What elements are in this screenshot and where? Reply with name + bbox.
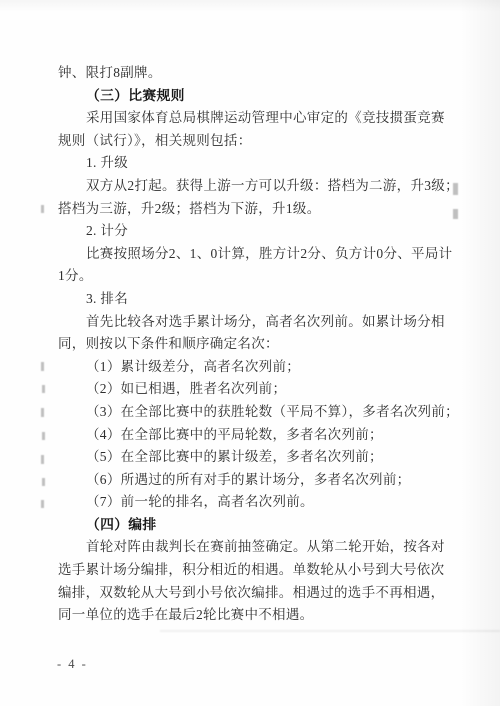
paragraph-line: 采用国家体育总局棋牌运动管理中心审定的《竞技掼蛋竞赛 xyxy=(58,107,458,130)
section-heading: （三）比赛规则 xyxy=(58,85,458,108)
scan-artifact xyxy=(41,205,44,213)
paragraph-line: 同一单位的选手在最后2轮比赛中不相遇。 xyxy=(58,604,458,627)
scan-artifact xyxy=(42,478,45,486)
scan-artifact xyxy=(41,500,44,508)
paragraph-line: 首先比较各对选手累计场分，高者名次列前。如累计场分相 xyxy=(58,311,458,334)
scan-artifact xyxy=(42,432,45,440)
scan-artifact xyxy=(453,209,458,219)
paragraph-line: 同，则按以下条件和顺序确定名次： xyxy=(58,333,458,356)
scan-artifact xyxy=(41,455,44,464)
paragraph-line: 规则（试行）》，相关规则包括： xyxy=(58,130,458,153)
list-item-line: （7）前一轮的排名，高者名次列前。 xyxy=(58,491,458,514)
paragraph-line: 搭档为三游，升2级；搭档为下游，升1级。 xyxy=(58,198,458,221)
list-item-line: （2）如已相遇，胜者名次列前； xyxy=(58,378,458,401)
scan-artifact xyxy=(42,385,45,393)
section-heading: （四）编排 xyxy=(58,514,458,537)
paragraph-line: 1分。 xyxy=(58,265,458,288)
numbered-subheading: 3. 排名 xyxy=(58,288,458,311)
paragraph-line: 双方从2打起。获得上游一方可以升级：搭档为二游，升3级； xyxy=(58,175,458,198)
document-body: 钟、限打8副牌。 （三）比赛规则 采用国家体育总局棋牌运动管理中心审定的《竞技掼… xyxy=(58,62,458,627)
paragraph-line: 首轮对阵由裁判长在赛前抽签确定。从第二轮开始，按各对 xyxy=(58,536,458,559)
document-page: 钟、限打8副牌。 （三）比赛规则 采用国家体育总局棋牌运动管理中心审定的《竞技掼… xyxy=(0,0,500,706)
list-item-line: （3）在全部比赛中的获胜轮数（平局不算），多者名次列前； xyxy=(58,401,458,424)
numbered-subheading: 2. 计分 xyxy=(58,220,458,243)
numbered-subheading: 1. 升级 xyxy=(58,152,458,175)
paragraph-line: 钟、限打8副牌。 xyxy=(58,62,458,85)
list-item-line: （4）在全部比赛中的平局轮数，多者名次列前； xyxy=(58,424,458,447)
paragraph-line: 比赛按照场分2、1、0计算，胜方计2分、负方计0分、平局计 xyxy=(58,243,458,266)
list-item-line: （1）累计级差分，高者名次列前； xyxy=(58,356,458,379)
scan-artifact xyxy=(160,630,500,632)
scan-artifact xyxy=(41,408,44,417)
paragraph-line: 选手累计场分编排，积分相近的相遇。单数轮从小号到大号依次 xyxy=(58,559,458,582)
paragraph-line: 编排，双数轮从大号到小号依次编排。相遇过的选手不再相遇， xyxy=(58,582,458,605)
list-item-line: （6）所遇过的所有对手的累计场分，多者名次列前； xyxy=(58,469,458,492)
scan-artifact xyxy=(453,183,458,195)
list-item-line: （5）在全部比赛中的累计级差，多者名次列前； xyxy=(58,446,458,469)
scan-artifact xyxy=(41,362,44,371)
page-number: - 4 - xyxy=(57,657,88,672)
